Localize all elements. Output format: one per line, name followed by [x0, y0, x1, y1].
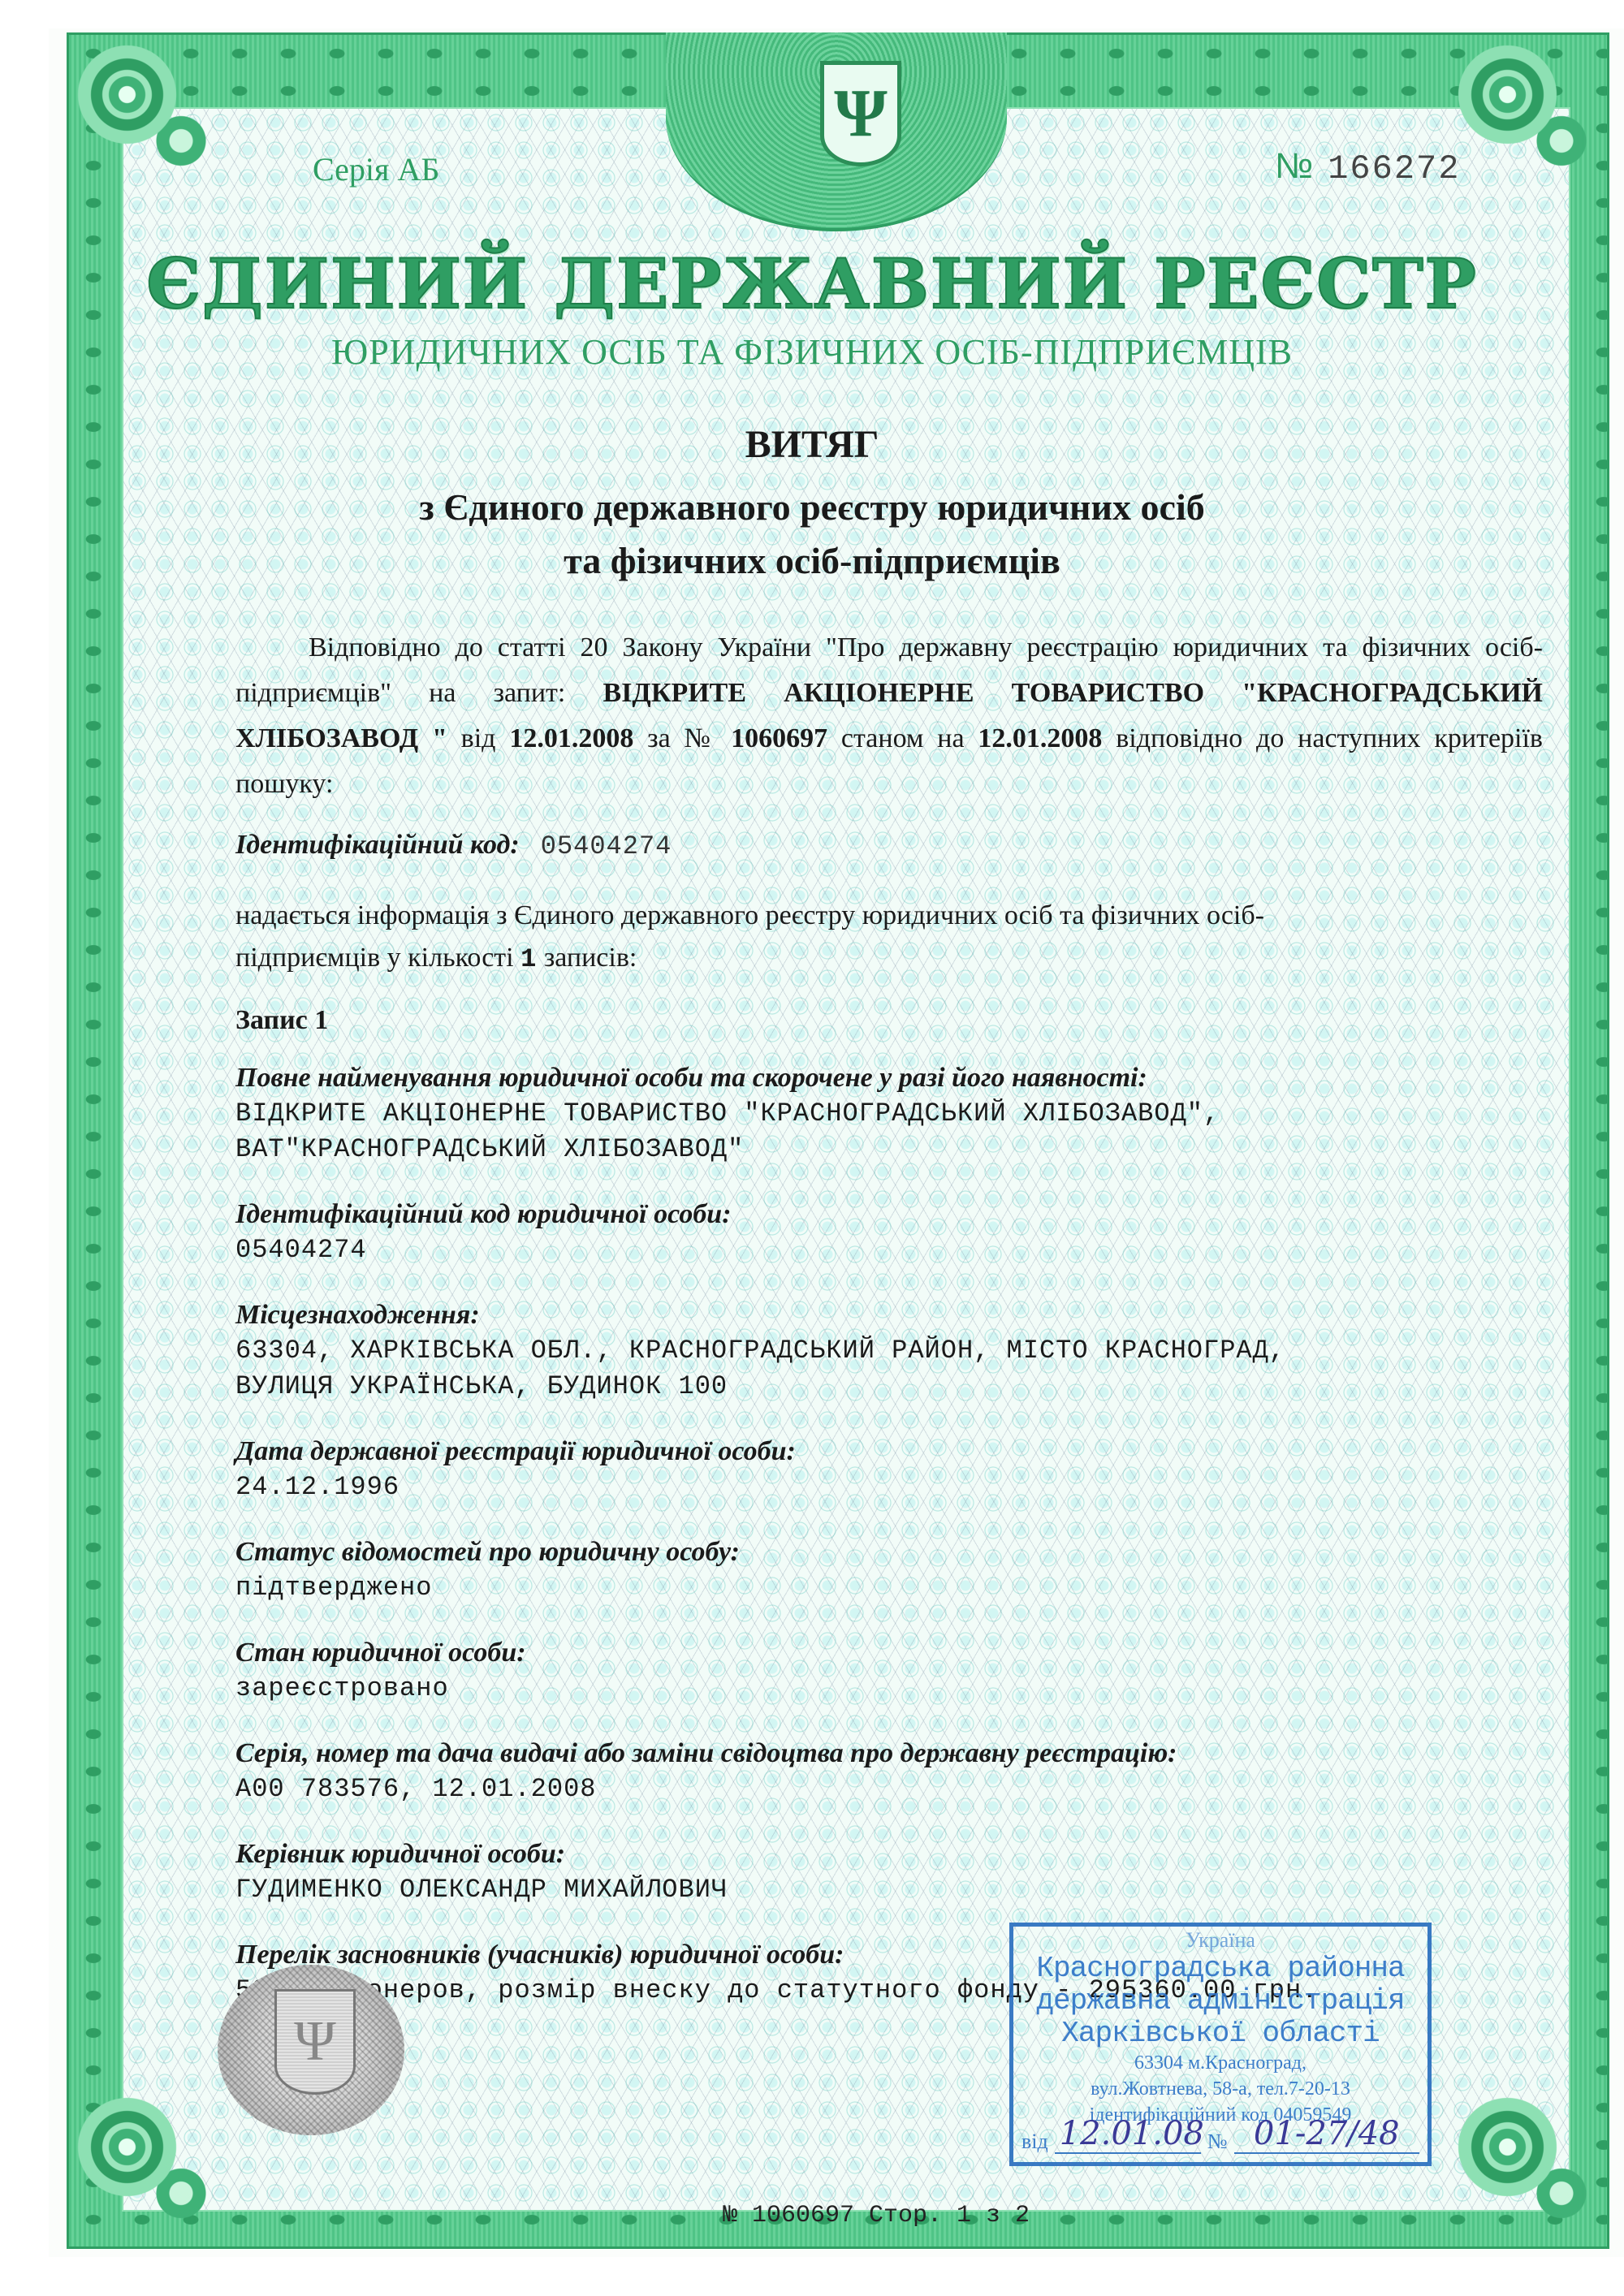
handwritten-date: 12.01.08 [1055, 2115, 1201, 2154]
record-title: Запис 1 [235, 1005, 1543, 1036]
stamp-country: Україна [1013, 1928, 1427, 1953]
corner-ornament-icon [1453, 2093, 1608, 2247]
document-title: ВИТЯГ [0, 422, 1624, 467]
field-label: Статус відомостей про юридичну особу: [235, 1534, 1543, 1570]
stamp-address: 63304 м.Красноград, [1013, 2050, 1427, 2076]
form-number-value: 166272 [1328, 149, 1460, 188]
field-value: 63304, ХАРКІВСЬКА ОБЛ., КРАСНОГРАДСЬКИЙ … [235, 1333, 1543, 1405]
stamp-line2: державна адміністрація [1013, 1985, 1427, 2018]
field-label: Серія, номер та дача видачі або заміни с… [235, 1736, 1543, 1772]
page-footer: № 1060697 Стор. 1 з 2 [723, 2202, 1030, 2229]
provided-text: записів: [537, 943, 637, 973]
stamp-number-label: № [1207, 2130, 1228, 2154]
field-label: Керівник юридичної особи: [235, 1836, 1543, 1872]
number-sign: № [1275, 146, 1313, 187]
search-criteria: Ідентифікаційний код:05404274 [235, 825, 1543, 867]
stamp-line3: Харківської області [1013, 2018, 1427, 2050]
field-location: Місцезнаходження: 63304, ХАРКІВСЬКА ОБЛ.… [235, 1297, 1543, 1405]
stamp-street: вул.Жовтнева, 58-а, тел.7-20-13 [1013, 2076, 1427, 2102]
form-number: № 166272 [1275, 146, 1460, 188]
as-of-date: 12.01.2008 [978, 723, 1102, 753]
field-value: ГУДИМЕНКО ОЛЕКСАНДР МИХАЙЛОВИЧ [235, 1872, 1543, 1908]
record-count: 1 [520, 944, 537, 974]
trident-glyph: Ψ [834, 80, 888, 148]
corner-ornament-icon [73, 2093, 227, 2247]
document-subtitle: з Єдиного державного реєстру юридичних о… [0, 481, 1624, 588]
field-info-status: Статус відомостей про юридичну особу: пі… [235, 1534, 1543, 1606]
stamp-from-label: від [1021, 2130, 1048, 2154]
trident-icon: Ψ [820, 61, 901, 166]
document-subtitle-line2: та фізичних осіб-підприємців [0, 534, 1624, 588]
hologram-glyph: Ψ [294, 2009, 336, 2074]
official-stamp: Україна Красноградська районна державна … [1009, 1923, 1432, 2166]
field-director: Керівник юридичної особи: ГУДИМЕНКО ОЛЕК… [235, 1836, 1543, 1908]
field-value: 24.12.1996 [235, 1470, 1543, 1505]
field-label: Дата державної реєстрації юридичної особ… [235, 1434, 1543, 1470]
field-value: зареєстровано [235, 1671, 1543, 1707]
records-provided-text: надається інформація з Єдиного державног… [235, 895, 1405, 981]
intro-text: від [447, 723, 509, 753]
request-date: 12.01.2008 [509, 723, 633, 753]
field-label: Ідентифікаційний код юридичної особи: [235, 1197, 1543, 1232]
field-full-name: Повне найменування юридичної особи та ск… [235, 1060, 1543, 1167]
registry-subtitle: ЮРИДИЧНИХ ОСІБ ТА ФІЗИЧНИХ ОСІБ-ПІДПРИЄМ… [0, 331, 1624, 373]
field-label: Повне найменування юридичної особи та ск… [235, 1060, 1543, 1096]
field-id-code: Ідентифікаційний код юридичної особи: 05… [235, 1197, 1543, 1268]
field-value: А00 783576, 12.01.2008 [235, 1772, 1543, 1807]
trident-icon: Ψ [274, 1989, 356, 2095]
field-value: 05404274 [235, 1232, 1543, 1268]
series-label: Серія АБ [313, 150, 439, 188]
stamp-signature-row: від 12.01.08 № 01-27/48 [1021, 2115, 1419, 2154]
handwritten-number: 01-27/48 [1234, 2115, 1419, 2154]
request-number: 1060697 [731, 723, 827, 753]
intro-text: станом на [827, 723, 978, 753]
field-value: підтверджено [235, 1570, 1543, 1606]
corner-ornament-icon [1453, 41, 1608, 195]
field-registration-date: Дата державної реєстрації юридичної особ… [235, 1434, 1543, 1505]
document-body: Відповідно до статті 20 Закону України "… [235, 625, 1543, 2009]
stamp-line1: Красноградська районна [1013, 1953, 1427, 1985]
field-value: ВІДКРИТЕ АКЦІОНЕРНЕ ТОВАРИСТВО "КРАСНОГР… [235, 1096, 1543, 1167]
intro-paragraph: Відповідно до статті 20 Закону України "… [235, 625, 1543, 807]
corner-ornament-icon [73, 41, 227, 195]
registry-title: ЄДИНИЙ ДЕРЖАВНИЙ РЕЄСТР [0, 244, 1624, 324]
record-fields: Повне найменування юридичної особи та ск… [235, 1060, 1543, 2009]
field-label: Місцезнаходження: [235, 1297, 1543, 1333]
criteria-label: Ідентифікаційний код: [235, 830, 520, 860]
criteria-value: 05404274 [541, 831, 672, 861]
field-entity-state: Стан юридичної особи: зареєстровано [235, 1635, 1543, 1707]
intro-text: за № [633, 723, 731, 753]
field-label: Стан юридичної особи: [235, 1635, 1543, 1671]
document-subtitle-line1: з Єдиного державного реєстру юридичних о… [0, 481, 1624, 534]
provided-text: надається інформація з Єдиного державног… [235, 900, 1264, 973]
field-certificate: Серія, номер та дача видачі або заміни с… [235, 1736, 1543, 1807]
